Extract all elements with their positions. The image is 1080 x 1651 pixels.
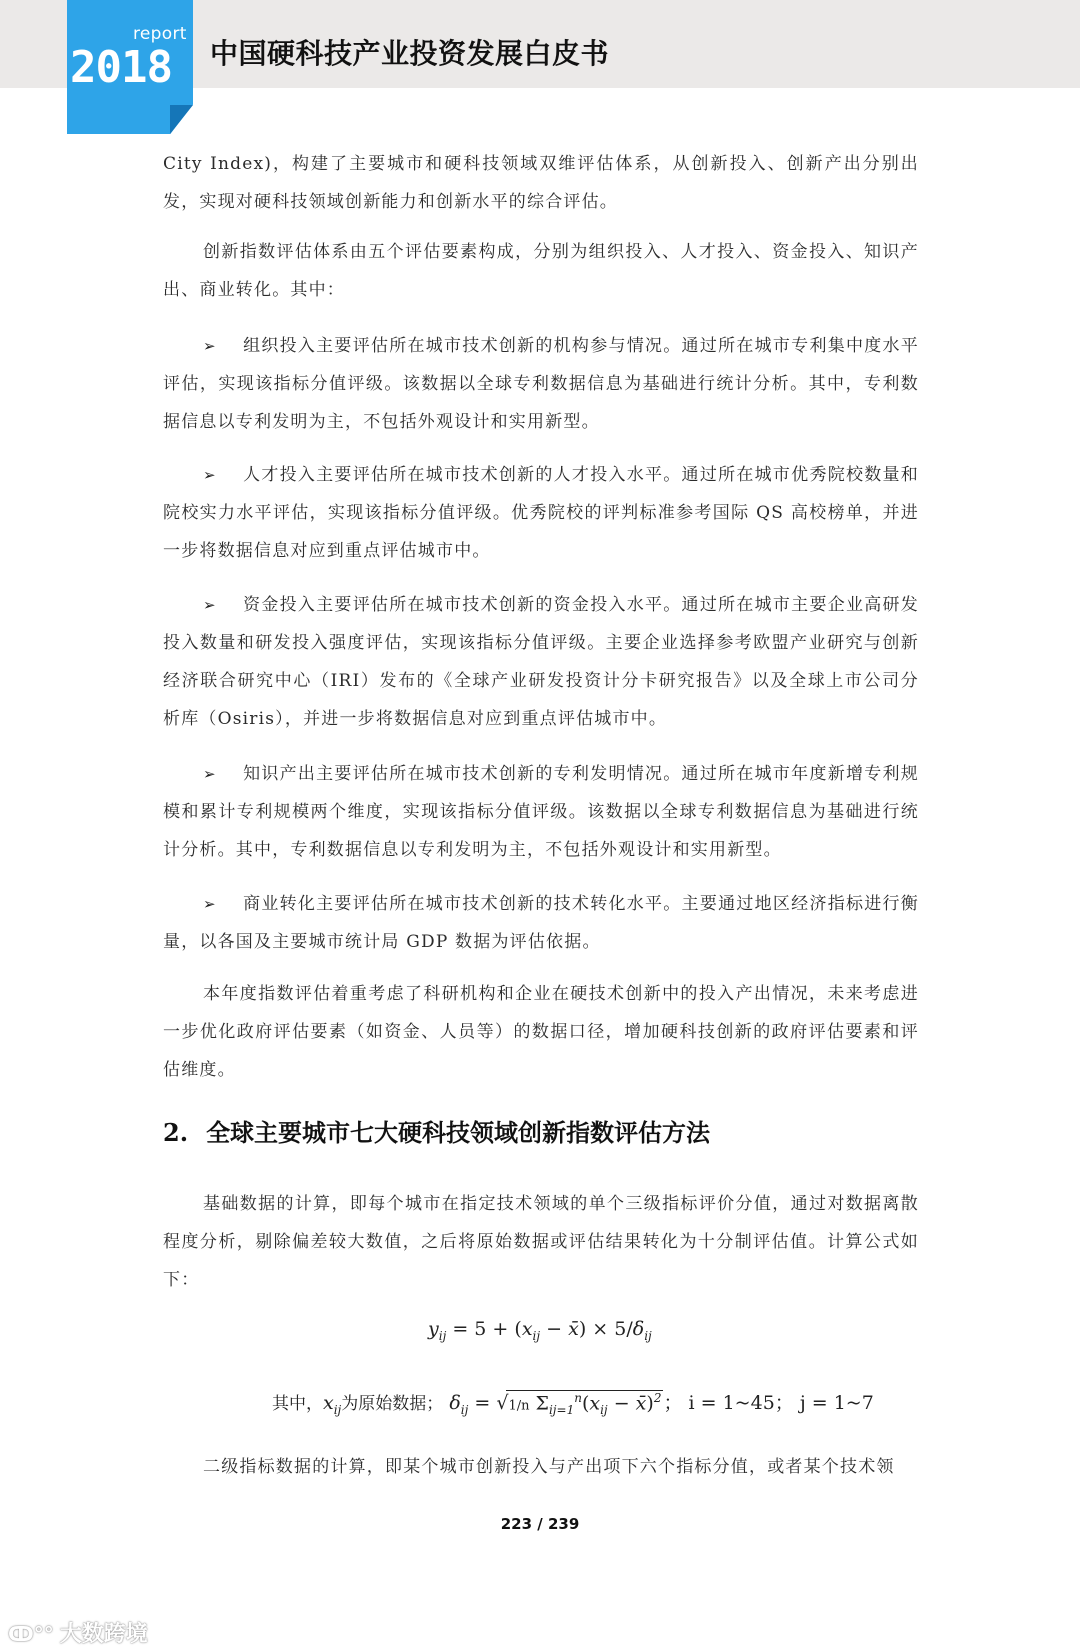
intro-paragraph: City Index)，构建了主要城市和硬科技领域双维评估体系，从创新投入、创新… — [163, 145, 919, 221]
watermark-text: 大数跨境 — [60, 1622, 148, 1647]
second-calc-paragraph: 二级指标数据的计算，即某个城市创新投入与产出项下六个指标分值，或者某个技术领 — [163, 1448, 919, 1486]
badge-year: 2018 — [70, 44, 172, 92]
document-title: 中国硬科技产业投资发展白皮书 — [210, 32, 609, 72]
watermark-logo-icon: ↀ°° — [8, 1622, 54, 1646]
bullet-text: 资金投入主要评估所在城市技术创新的资金投入水平。通过所在城市主要企业高研发投入数… — [163, 595, 919, 729]
where-prefix: 其中， — [272, 1394, 323, 1414]
watermark: ↀ°°大数跨境 — [8, 1617, 148, 1648]
badge-report-label: report — [133, 24, 187, 44]
base-calc-paragraph: 基础数据的计算，即每个城市在指定技术领域的单个三级指标评价分值，通过对数据离散程… — [163, 1185, 919, 1299]
bullet-text: 知识产出主要评估所在城市技术创新的专利发明情况。通过所在城市年度新增专利规模和累… — [163, 764, 919, 860]
bullet-text: 人才投入主要评估所在城市技术创新的人才投入水平。通过所在城市优秀院校数量和院校实… — [163, 465, 919, 561]
bullet-item-capital: ➢资金投入主要评估所在城市技术创新的资金投入水平。通过所在城市主要企业高研发投入… — [163, 586, 919, 738]
arrow-bullet-icon: ➢ — [203, 456, 243, 494]
page-number: 223 / 239 — [0, 1515, 1080, 1533]
j-range: j = 1~7 — [800, 1392, 874, 1414]
bullet-item-commercial: ➢商业转化主要评估所在城市技术创新的技术转化水平。主要通过地区经济指标进行衡量，… — [163, 885, 919, 961]
bullet-item-talent: ➢人才投入主要评估所在城市技术创新的人才投入水平。通过所在城市优秀院校数量和院校… — [163, 456, 919, 570]
section-heading: 2.全球主要城市七大硬科技领域创新指数评估方法 — [163, 1113, 710, 1148]
arrow-bullet-icon: ➢ — [203, 586, 243, 624]
bullet-text: 商业转化主要评估所在城市技术创新的技术转化水平。主要通过地区经济指标进行衡量，以… — [163, 894, 919, 952]
i-range: i = 1~45； — [689, 1392, 794, 1414]
main-formula: yij = 5 + (xij − x̄) × 5/δij — [428, 1318, 652, 1343]
section-number: 2. — [163, 1118, 188, 1147]
bullet-item-organization: ➢组织投入主要评估所在城市技术创新的机构参与情况。通过所在城市专利集中度水平评估… — [163, 327, 919, 441]
arrow-bullet-icon: ➢ — [203, 885, 243, 923]
elements-paragraph: 创新指数评估体系由五个评估要素构成，分别为组织投入、人才投入、资金投入、知识产出… — [163, 233, 919, 309]
badge-page-fold-icon — [170, 105, 193, 134]
arrow-bullet-icon: ➢ — [203, 755, 243, 793]
arrow-bullet-icon: ➢ — [203, 327, 243, 365]
where-x-text: 为原始数据； — [341, 1394, 443, 1414]
bullet-text: 组织投入主要评估所在城市技术创新的机构参与情况。通过所在城市专利集中度水平评估，… — [163, 336, 919, 432]
bullet-item-knowledge: ➢知识产出主要评估所在城市技术创新的专利发明情况。通过所在城市年度新增专利规模和… — [163, 755, 919, 869]
delta-definition: 其中，xij为原始数据； δij = √1/n Σij=1n(xij − x̄)… — [272, 1388, 874, 1417]
outlook-paragraph: 本年度指数评估着重考虑了科研机构和企业在硬技术创新中的投入产出情况，未来考虑进一… — [163, 975, 919, 1089]
section-title-text: 全球主要城市七大硬科技领域创新指数评估方法 — [206, 1119, 710, 1147]
